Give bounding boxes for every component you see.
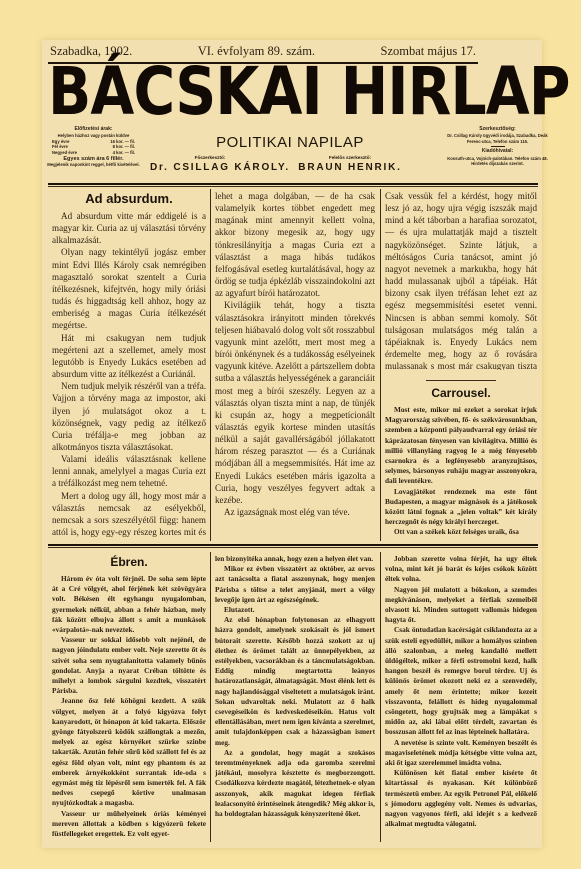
column-divider — [210, 189, 211, 541]
column-divider — [380, 552, 381, 842]
article-ad-absurdum-col3: Csak vessük fel a kérdést, hogy mitől le… — [385, 190, 537, 370]
feuilleton-rule — [48, 544, 538, 546]
publication-note: Megjelenik naponkint reggel, hétfő kivét… — [46, 162, 141, 167]
masthead-rule — [48, 183, 538, 185]
article-ad-absurdum-col1: Ad absurdum. Ad absurdum vitte már eddig… — [52, 189, 206, 539]
article-ad-absurdum-col2: lehet a maga dolgában, — de ha csak vala… — [215, 190, 375, 540]
newspaper-subtitle: POLITIKAI NAPILAP — [200, 134, 380, 151]
article-ebren-col1: Ébren. Három év óta volt férjnél. De soh… — [52, 554, 206, 841]
article-carrousel: Carrousel. Most este, mikor mi ezeket a … — [385, 380, 537, 542]
article-title: Carrousel. — [385, 385, 537, 401]
column-divider — [380, 189, 381, 541]
article-title: Ébren. — [52, 554, 206, 570]
column-divider — [210, 552, 211, 842]
article-title: Ad absurdum. — [52, 191, 206, 207]
newspaper-title: BÁCSKAI HIRLAP — [48, 62, 463, 122]
article-ebren-col3: Jobban szerette volna férjét, ha ugy élt… — [385, 554, 537, 841]
responsible-editor: Felelős szerkesztő: BRAUN HENRIK. — [295, 155, 405, 173]
subscription-prices: Előfizetési árak: Helyben házhoz vagy po… — [46, 127, 141, 168]
article-ebren-col2: len bizonyitéka annak, hogy ezen a helye… — [215, 554, 375, 841]
chief-editor: Főszerkesztő: Dr. CSILLAG KÁROLY. — [150, 155, 270, 173]
feuilleton-rule-thin — [48, 547, 538, 548]
editorial-office-info: Szerkesztőség: Dr. Csillag Károly ügyvéd… — [440, 127, 555, 166]
masthead-rule-thin — [48, 186, 538, 187]
price-row: Negyed évre4 kor. — fil. — [46, 150, 141, 155]
